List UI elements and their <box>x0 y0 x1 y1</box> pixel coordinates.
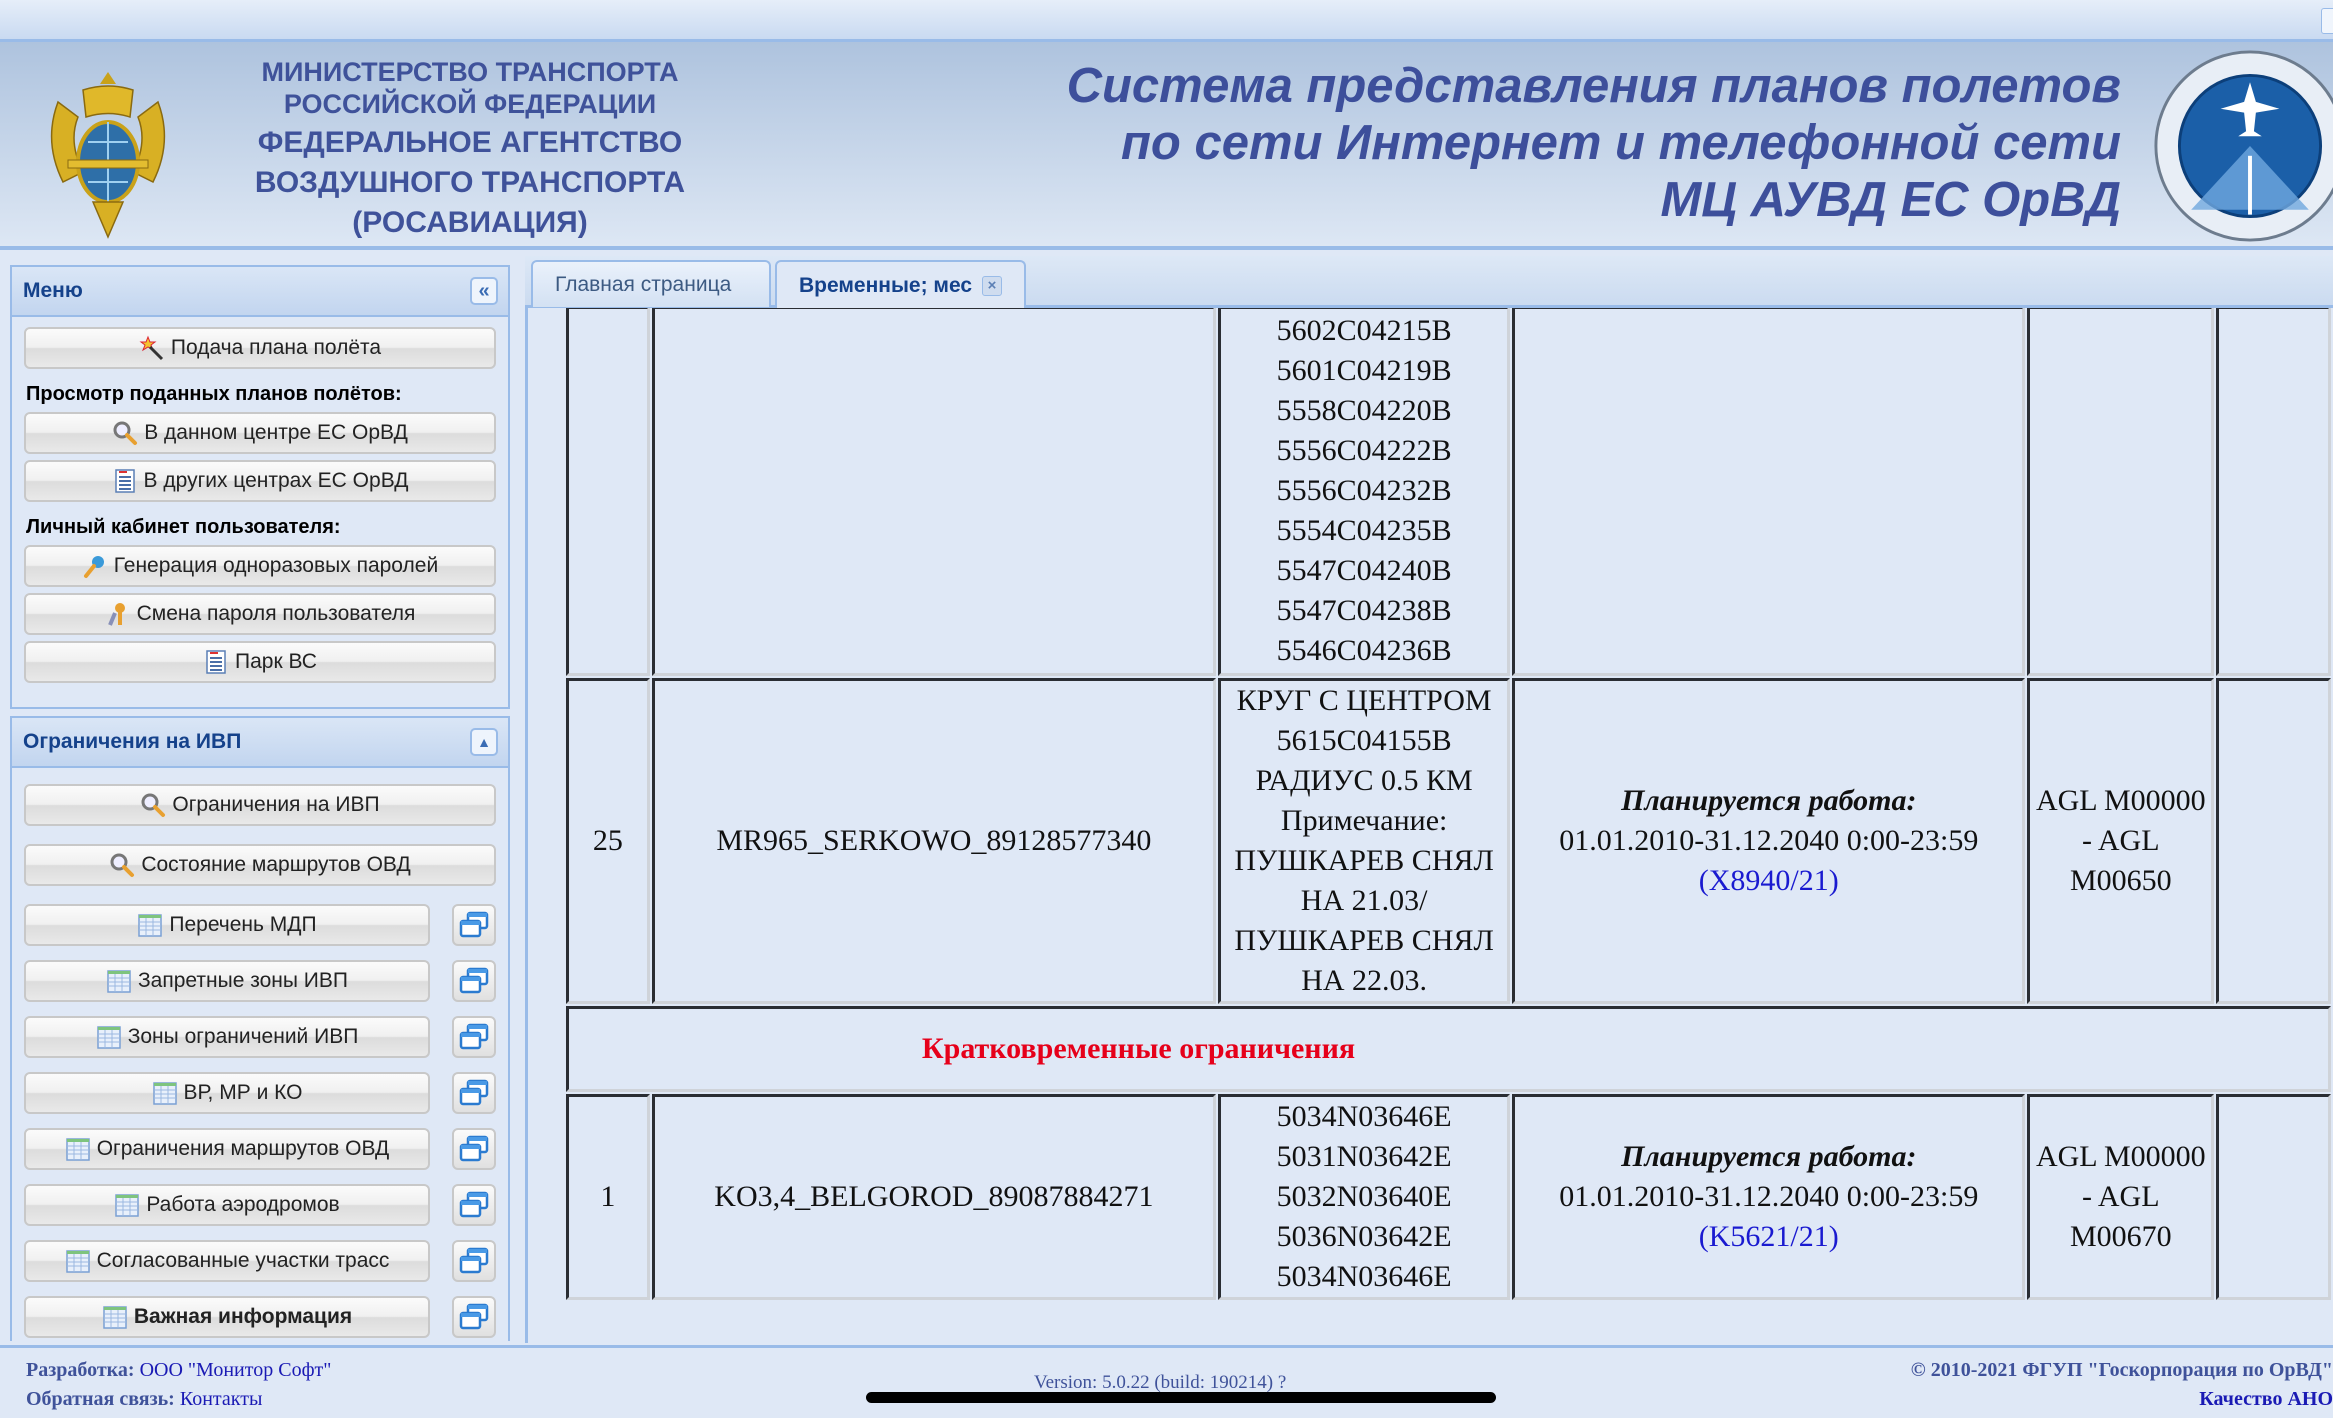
tab-home-label: Главная страница <box>555 273 731 297</box>
restriction-table-button[interactable]: Зоны ограничений ИВП <box>24 1016 430 1058</box>
aircraft-fleet-label: Парк ВС <box>235 650 317 674</box>
open-in-new-window-button[interactable] <box>452 1184 496 1226</box>
change-password-label: Смена пароля пользователя <box>137 602 416 626</box>
ministry-line-1: МИНИСТЕРСТВО ТРАНСПОРТА <box>240 56 700 88</box>
key-refresh-icon <box>82 553 108 579</box>
restriction-area: 5602С04215В5601С04219В5558С04220В5556С04… <box>1218 308 1510 676</box>
open-in-new-window-icon <box>459 911 489 939</box>
ministry-line-2: РОССИЙСКОЙ ФЕДЕРАЦИИ <box>240 88 700 120</box>
restriction-table-label: Важная информация <box>134 1305 352 1329</box>
restriction-altitude <box>2027 308 2214 676</box>
restriction-table-label: Перечень МДП <box>169 913 316 937</box>
browser-top-bar <box>0 0 2333 42</box>
agency-line-1: ФЕДЕРАЛЬНОЕ АГЕНТСТВО <box>240 125 700 161</box>
schedule-period: 01.01.2010-31.12.2040 0:00-23:59 <box>1559 1180 1978 1213</box>
section-title-text: Кратковременные ограничения <box>922 1032 1355 1065</box>
open-in-new-window-button[interactable] <box>452 904 496 946</box>
restrictions-table: 5602С04215В5601С04219В5558С04220В5556С04… <box>564 308 2333 1302</box>
restriction-table-label: Запретные зоны ИВП <box>138 969 348 993</box>
tab-strip: Главная страница Временные; мес × <box>525 256 2333 308</box>
restrictions-panel-header: Ограничения на ИВП ▲ <box>12 718 508 768</box>
quality-link[interactable]: Качество АНО <box>2199 1388 2333 1410</box>
restriction-name <box>652 308 1216 676</box>
restriction-table-row: Работа аэродромов <box>24 1184 496 1226</box>
restriction-name: KO3,4_BELGOROD_89087884271 <box>652 1094 1216 1300</box>
copyright-text: © 2010-2021 ФГУП "Госкорпорация по ОрВД" <box>1911 1356 2333 1385</box>
table-row: 25MR965_SERKOWO_89128577340КРУГ С ЦЕНТРО… <box>566 678 2331 1004</box>
restriction-area: 5034N03646E5031N03642E5032N03640E5036N03… <box>1218 1094 1510 1300</box>
restriction-table-label: Работа аэродромов <box>146 1193 339 1217</box>
view-other-centers-label: В других центрах ЕС ОрВД <box>144 469 409 493</box>
menu-panel-header: Меню « <box>12 267 508 317</box>
agency-line-3: (РОСАВИАЦИЯ) <box>240 205 700 241</box>
table-icon <box>114 1192 140 1218</box>
restriction-schedule: Планируется работа:01.01.2010-31.12.2040… <box>1512 1094 2025 1300</box>
menu-panel-title: Меню <box>23 279 83 303</box>
restriction-table-button[interactable]: Ограничения маршрутов ОВД <box>24 1128 430 1170</box>
schedule-period: 01.01.2010-31.12.2040 0:00-23:59 <box>1559 824 1978 857</box>
generate-otp-button[interactable]: Генерация одноразовых паролей <box>24 545 496 587</box>
restriction-table-row: Ограничения маршрутов ОВД <box>24 1128 496 1170</box>
submit-flight-plan-button[interactable]: Подача плана полёта <box>24 327 496 369</box>
restriction-table-row: ВР, МР и КО <box>24 1072 496 1114</box>
magic-wand-icon <box>139 335 165 361</box>
tab-home[interactable]: Главная страница <box>531 260 771 307</box>
magnifier-icon <box>109 852 135 878</box>
moscow-atc-logo-icon <box>2152 48 2333 244</box>
view-other-centers-button[interactable]: В других центрах ЕС ОрВД <box>24 460 496 502</box>
restriction-schedule: Планируется работа:01.01.2010-31.12.2040… <box>1512 678 2025 1004</box>
change-password-button[interactable]: Смена пароля пользователя <box>24 593 496 635</box>
table-icon <box>102 1304 128 1330</box>
collapse-sidebar-icon[interactable]: « <box>470 277 498 305</box>
restriction-table-label: ВР, МР и КО <box>184 1081 303 1105</box>
view-this-center-button[interactable]: В данном центре ЕС ОрВД <box>24 412 496 454</box>
restrictions-panel-title: Ограничения на ИВП <box>23 730 241 754</box>
ats-routes-status-button[interactable]: Состояние маршрутов ОВД <box>24 844 496 886</box>
tab-temporary-restrictions[interactable]: Временные; мес × <box>775 260 1026 310</box>
system-title: Система представления планов полетов по … <box>1067 58 2121 229</box>
restriction-table-row: Согласованные участки трасс <box>24 1240 496 1282</box>
view-this-center-label: В данном центре ЕС ОрВД <box>144 421 408 445</box>
table-icon <box>106 968 132 994</box>
system-title-line-3: МЦ АУВД ЕС ОрВД <box>1067 172 2121 229</box>
document-list-icon <box>112 468 138 494</box>
magnifier-icon <box>112 420 138 446</box>
developer-label: Разработка: <box>26 1359 135 1381</box>
table-icon <box>65 1136 91 1162</box>
open-in-new-window-button[interactable] <box>452 960 496 1002</box>
restriction-table-button[interactable]: Согласованные участки трасс <box>24 1240 430 1282</box>
table-row: 5602С04215В5601С04219В5558С04220В5556С04… <box>566 308 2331 676</box>
restriction-table-label: Зоны ограничений ИВП <box>128 1025 359 1049</box>
magnifier-icon <box>140 792 166 818</box>
open-in-new-window-icon <box>459 1303 489 1331</box>
restriction-table-button[interactable]: ВР, МР и КО <box>24 1072 430 1114</box>
tab-temporary-restrictions-label: Временные; мес <box>799 274 972 298</box>
restriction-altitude: AGL M00000- AGLM00670 <box>2027 1094 2214 1300</box>
submit-flight-plan-label: Подача плана полёта <box>171 336 381 360</box>
restrictions-table-container[interactable]: 5602С04215В5601С04219В5558С04220В5556С04… <box>525 308 2333 1343</box>
ivp-restrictions-label: Ограничения на ИВП <box>172 793 379 817</box>
keys-icon <box>105 601 131 627</box>
top-corner-button[interactable] <box>2321 8 2333 34</box>
menu-panel: Меню « Подача плана полёта Просмотр пода… <box>10 265 510 709</box>
restriction-table-label: Ограничения маршрутов ОВД <box>97 1137 390 1161</box>
restriction-extra <box>2216 678 2331 1004</box>
restriction-table-button[interactable]: Перечень МДП <box>24 904 430 946</box>
restriction-area: КРУГ С ЦЕНТРОМ5615С04155ВРАДИУС 0.5 КМПр… <box>1218 678 1510 1004</box>
restriction-altitude: AGL M00000- AGLM00650 <box>2027 678 2214 1004</box>
russian-eagle-emblem-icon <box>38 62 178 242</box>
open-in-new-window-icon <box>459 1079 489 1107</box>
system-title-line-2: по сети Интернет и телефонной сети <box>1067 115 2121 172</box>
row-number: 1 <box>566 1094 650 1300</box>
open-in-new-window-icon <box>459 1191 489 1219</box>
open-in-new-window-button[interactable] <box>452 1016 496 1058</box>
section-header-row: Кратковременные ограничения <box>566 1006 2331 1092</box>
section-title: Кратковременные ограничения <box>566 1006 2331 1092</box>
open-in-new-window-button[interactable] <box>452 1072 496 1114</box>
ministry-title: МИНИСТЕРСТВО ТРАНСПОРТА РОССИЙСКОЙ ФЕДЕР… <box>240 56 700 241</box>
table-icon <box>65 1248 91 1274</box>
restriction-table-row: Важная информация <box>24 1296 496 1338</box>
restriction-extra <box>2216 1094 2331 1300</box>
open-in-new-window-icon <box>459 1023 489 1051</box>
restriction-table-row: Перечень МДП <box>24 904 496 946</box>
contacts-link[interactable]: Контакты <box>180 1388 263 1410</box>
restriction-table-label: Согласованные участки трасс <box>97 1249 390 1273</box>
close-tab-icon[interactable]: × <box>982 276 1002 296</box>
notam-link[interactable]: (K5621/21) <box>1699 1220 1839 1253</box>
open-in-new-window-icon <box>459 1135 489 1163</box>
restriction-table-button[interactable]: Запретные зоны ИВП <box>24 960 430 1002</box>
generate-otp-label: Генерация одноразовых паролей <box>114 554 438 578</box>
view-plans-section-label: Просмотр поданных планов полётов: <box>26 383 496 406</box>
restriction-name: MR965_SERKOWO_89128577340 <box>652 678 1216 1004</box>
agency-line-2: ВОЗДУШНОГО ТРАНСПОРТА <box>240 165 700 201</box>
restrictions-panel: Ограничения на ИВП ▲ Ограничения на ИВП … <box>10 716 510 1341</box>
collapse-panel-icon[interactable]: ▲ <box>470 728 498 756</box>
table-icon <box>96 1024 122 1050</box>
schedule-label: Планируется работа: <box>1621 1140 1916 1173</box>
restriction-table-button[interactable]: Важная информация <box>24 1296 430 1338</box>
ivp-restrictions-button[interactable]: Ограничения на ИВП <box>24 784 496 826</box>
page-footer: Разработка: ООО "Монитор Софт" Обратная … <box>0 1345 2333 1418</box>
open-in-new-window-icon <box>459 1247 489 1275</box>
account-section-label: Личный кабинет пользователя: <box>26 516 496 539</box>
feedback-label: Обратная связь: <box>26 1388 175 1410</box>
table-icon <box>137 912 163 938</box>
version-text: Version: 5.0.22 (build: 190214) ? <box>1034 1372 1286 1394</box>
home-indicator <box>866 1392 1496 1403</box>
site-header: МИНИСТЕРСТВО ТРАНСПОРТА РОССИЙСКОЙ ФЕДЕР… <box>0 42 2333 250</box>
system-title-line-1: Система представления планов полетов <box>1067 58 2121 115</box>
notam-link[interactable]: (X8940/21) <box>1699 864 1839 897</box>
footer-credits: Разработка: ООО "Монитор Софт" Обратная … <box>26 1356 331 1414</box>
restriction-schedule <box>1512 308 2025 676</box>
aircraft-fleet-button[interactable]: Парк ВС <box>24 641 496 683</box>
restriction-table-row: Запретные зоны ИВП <box>24 960 496 1002</box>
ats-routes-status-label: Состояние маршрутов ОВД <box>141 853 410 877</box>
open-in-new-window-icon <box>459 967 489 995</box>
developer-link[interactable]: ООО "Монитор Софт" <box>140 1359 332 1381</box>
row-number <box>566 308 650 676</box>
document-list-icon <box>203 649 229 675</box>
table-row: 1KO3,4_BELGOROD_890878842715034N03646E50… <box>566 1094 2331 1300</box>
schedule-label: Планируется работа: <box>1621 784 1916 817</box>
row-number: 25 <box>566 678 650 1004</box>
restriction-table-button[interactable]: Работа аэродромов <box>24 1184 430 1226</box>
table-icon <box>152 1080 178 1106</box>
restriction-extra <box>2216 308 2331 676</box>
open-in-new-window-button[interactable] <box>452 1296 496 1338</box>
open-in-new-window-button[interactable] <box>452 1240 496 1282</box>
open-in-new-window-button[interactable] <box>452 1128 496 1170</box>
restriction-table-row: Зоны ограничений ИВП <box>24 1016 496 1058</box>
footer-copyright: © 2010-2021 ФГУП "Госкорпорация по ОрВД"… <box>1911 1356 2333 1414</box>
